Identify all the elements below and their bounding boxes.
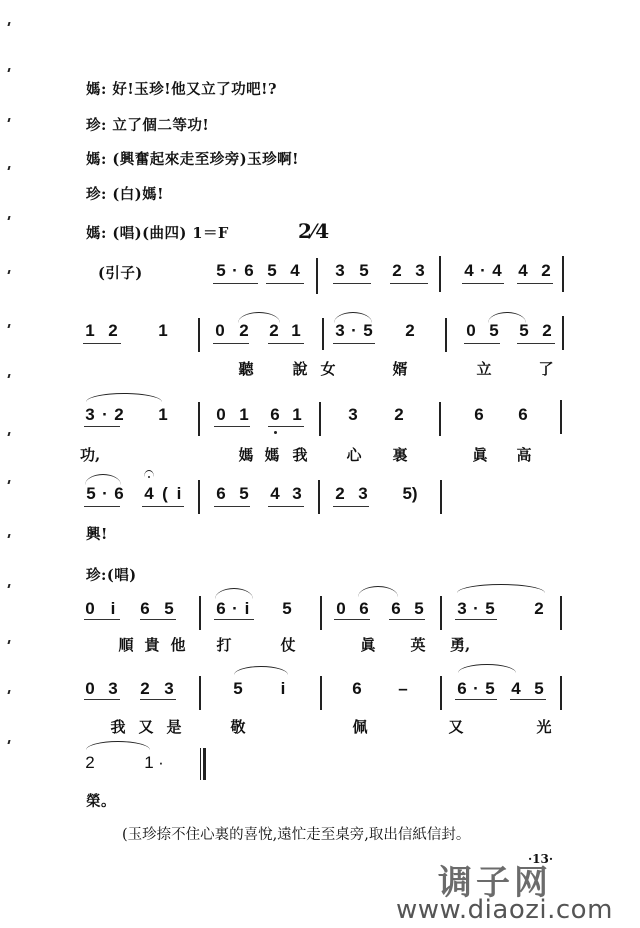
underline	[214, 619, 254, 620]
note: 6	[350, 680, 364, 698]
dialogue-line: 媽: 好!玉珍!他又立了功吧!?	[86, 78, 277, 99]
speaker: 珍	[86, 117, 101, 134]
note: 2	[106, 322, 120, 340]
barline	[199, 676, 201, 710]
note: 3	[333, 322, 347, 340]
lyric: 敬	[228, 716, 248, 737]
note: 5	[214, 262, 228, 280]
note: 0	[83, 680, 97, 698]
dialogue-text: (白)媽!	[112, 186, 164, 203]
underline	[517, 343, 555, 344]
lyric: 他	[168, 634, 188, 655]
barline	[319, 402, 321, 436]
underline	[84, 506, 120, 507]
speaker: 珍	[86, 186, 101, 203]
note: 1	[156, 406, 170, 424]
barline	[198, 402, 200, 436]
underline	[510, 699, 546, 700]
note: 0	[464, 322, 478, 340]
note: 1	[83, 322, 97, 340]
dialogue-line: 珍: (白)媽!	[86, 183, 164, 204]
barline	[562, 256, 564, 292]
barline	[560, 676, 562, 710]
underline	[462, 283, 504, 284]
stage-direction: (玉珍捺不住心裏的喜悅,遠忙走至桌旁,取出信紙信封。	[122, 823, 470, 844]
lyric: 順	[116, 634, 136, 655]
underline	[268, 506, 304, 507]
binding-mark	[7, 740, 10, 744]
underline	[84, 426, 120, 427]
binding-mark	[7, 480, 10, 484]
lyric: 我	[290, 444, 310, 465]
note: 6	[138, 600, 152, 618]
note: –	[396, 680, 410, 698]
barline	[560, 400, 562, 434]
note: 6	[389, 600, 403, 618]
note: 3	[333, 262, 347, 280]
binding-mark	[7, 118, 10, 122]
note: 0	[83, 600, 97, 618]
note: 5	[361, 322, 375, 340]
lyric: 裏	[390, 444, 410, 465]
lyric: 我	[108, 716, 128, 737]
underline	[140, 619, 176, 620]
note: 5	[483, 680, 497, 698]
zhen-sing-label: 珍:(唱)	[86, 564, 137, 585]
binding-mark	[7, 690, 10, 694]
speaker: 媽	[86, 81, 101, 98]
note: 6	[357, 600, 371, 618]
watermark-url: www.diaozi.com	[396, 895, 613, 925]
barline	[440, 480, 442, 514]
underline	[268, 426, 304, 427]
note: 4	[142, 485, 156, 503]
underline	[268, 343, 304, 344]
underline	[464, 343, 500, 344]
note: 3	[83, 406, 97, 424]
slur	[86, 741, 150, 750]
note: ·	[476, 262, 490, 280]
speaker: 媽	[86, 225, 101, 242]
note: 1	[289, 322, 303, 340]
note: 6	[516, 406, 530, 424]
binding-mark	[7, 166, 10, 170]
note: 5	[231, 680, 245, 698]
binding-mark	[7, 640, 10, 644]
note: (	[158, 485, 172, 503]
barline	[562, 316, 564, 350]
slur	[488, 312, 526, 323]
note: 5	[162, 600, 176, 618]
note: 1	[156, 322, 170, 340]
note: 2	[83, 754, 97, 772]
slur	[238, 312, 280, 323]
note: ·	[154, 754, 168, 772]
lyric: 貴	[142, 634, 162, 655]
barline	[439, 256, 441, 292]
binding-mark	[7, 534, 10, 538]
note: 5)	[398, 485, 422, 503]
binding-mark	[7, 374, 10, 378]
note: 6	[112, 485, 126, 503]
barline	[320, 596, 322, 630]
barline	[199, 596, 201, 630]
dialogue-text: (唱)(曲四) 1＝F	[112, 225, 228, 242]
note: 1	[290, 406, 304, 424]
binding-mark	[7, 432, 10, 436]
lyric: 光	[534, 716, 554, 737]
underline	[214, 426, 250, 427]
note: 3	[455, 600, 469, 618]
lyric: 仗	[278, 634, 298, 655]
lyric: 高	[514, 444, 534, 465]
barline	[198, 318, 200, 352]
note: 6	[242, 262, 256, 280]
dialogue-line: 媽: (興奮起來走至珍旁)玉珍啊!	[86, 148, 299, 169]
lyric: 媽	[262, 444, 282, 465]
lyric: 女	[318, 358, 338, 379]
lyric: 媽	[236, 444, 256, 465]
note: 0	[214, 406, 228, 424]
underline	[333, 506, 369, 507]
note: 2	[267, 322, 281, 340]
note: 2	[392, 406, 406, 424]
note: 6	[472, 406, 486, 424]
note: ·	[228, 262, 242, 280]
lyric: 功,	[80, 444, 110, 465]
slur	[458, 664, 516, 673]
note: 5	[532, 680, 546, 698]
note: 2	[532, 600, 546, 618]
binding-mark	[7, 68, 10, 72]
lyric: 佩	[350, 716, 370, 737]
note: 2	[333, 485, 347, 503]
note: 5	[280, 600, 294, 618]
barline	[440, 596, 442, 630]
lyric: 聽	[236, 358, 256, 379]
lyric: 眞	[470, 444, 490, 465]
lyric: 英	[408, 634, 428, 655]
note: 5	[237, 485, 251, 503]
underline	[390, 283, 428, 284]
note: 5	[412, 600, 426, 618]
barline	[318, 480, 320, 514]
underline	[84, 699, 120, 700]
binding-mark	[7, 22, 10, 26]
note: 4	[509, 680, 523, 698]
dialogue-text: 立了個二等功!	[112, 117, 209, 134]
note: 5	[483, 600, 497, 618]
slur	[234, 666, 288, 675]
lyric: 了	[536, 358, 556, 379]
note: 2	[237, 322, 251, 340]
slur	[358, 586, 398, 597]
note: ·	[98, 485, 112, 503]
binding-mark	[7, 216, 10, 220]
dialogue-line: 珍: 立了個二等功!	[86, 114, 209, 135]
lyric: 又	[446, 716, 466, 737]
underline	[140, 699, 176, 700]
barline	[440, 676, 442, 710]
underline	[142, 506, 184, 507]
note: ·	[469, 600, 483, 618]
slur	[334, 312, 372, 323]
note: 3	[290, 485, 304, 503]
lyric: 打	[214, 634, 234, 655]
note: 4	[490, 262, 504, 280]
underline	[455, 619, 497, 620]
note: ·	[98, 406, 112, 424]
underline	[84, 619, 120, 620]
slur	[86, 393, 162, 402]
dialogue-line: 媽: (唱)(曲四) 1＝F	[86, 222, 229, 243]
binding-mark	[7, 324, 10, 328]
lyric: 心	[344, 444, 364, 465]
binding-mark	[7, 584, 10, 588]
fermata-dot	[148, 476, 150, 478]
note: 6	[455, 680, 469, 698]
underline	[266, 283, 304, 284]
underline	[333, 283, 371, 284]
note: 0	[334, 600, 348, 618]
lyric: 婿	[390, 358, 410, 379]
barline	[322, 318, 324, 350]
note: 4	[268, 485, 282, 503]
barline	[445, 318, 447, 352]
dialogue-text: 好!玉珍!他又立了功吧!?	[112, 81, 277, 98]
note: ·	[469, 680, 483, 698]
note: 3	[346, 406, 360, 424]
barline	[316, 258, 318, 294]
note: 2	[112, 406, 126, 424]
intro-label: (引子)	[98, 262, 143, 283]
note: 2	[540, 322, 554, 340]
lyric: 榮。	[86, 790, 116, 811]
underline	[389, 619, 425, 620]
lyric: 興!	[86, 523, 108, 544]
note: 5	[357, 262, 371, 280]
slur	[85, 474, 121, 485]
low-octave-dot	[274, 431, 277, 434]
barline	[198, 480, 200, 514]
note: 2	[539, 262, 553, 280]
note: 2	[390, 262, 404, 280]
underline	[455, 699, 497, 700]
note: 3	[106, 680, 120, 698]
note: 1	[237, 406, 251, 424]
note: 4	[462, 262, 476, 280]
underline	[83, 343, 121, 344]
barline	[439, 402, 441, 436]
slur	[457, 584, 545, 593]
underline	[213, 283, 258, 284]
time-signature: 2⁄4	[298, 219, 329, 243]
binding-mark	[7, 270, 10, 274]
slur	[215, 588, 253, 599]
dialogue-text: (興奮起來走至珍旁)玉珍啊!	[112, 151, 299, 168]
note: i	[172, 485, 186, 503]
note: 5	[487, 322, 501, 340]
note: 4	[288, 262, 302, 280]
note: 6	[214, 485, 228, 503]
barline	[560, 596, 562, 630]
final-barline-thick	[203, 748, 206, 780]
lyric: 又	[136, 716, 156, 737]
lyric: 眞	[358, 634, 378, 655]
note: i	[276, 680, 290, 698]
note: i	[240, 600, 254, 618]
note: 3	[162, 680, 176, 698]
note: ·	[347, 322, 361, 340]
note: 2	[403, 322, 417, 340]
lyric: 勇,	[450, 634, 470, 655]
note: 4	[516, 262, 530, 280]
underline	[517, 283, 553, 284]
note: 0	[213, 322, 227, 340]
note: 2	[138, 680, 152, 698]
lyric: 說	[290, 358, 310, 379]
underline	[214, 506, 250, 507]
lyric: 立	[474, 358, 494, 379]
note: 3	[413, 262, 427, 280]
lyric: 是	[164, 716, 184, 737]
underline	[334, 619, 370, 620]
note: 5	[265, 262, 279, 280]
barline	[320, 676, 322, 710]
final-barline-thin	[200, 748, 201, 780]
note: 5	[84, 485, 98, 503]
speaker: 媽	[86, 151, 101, 168]
underline	[213, 343, 249, 344]
note: 5	[517, 322, 531, 340]
underline	[333, 343, 375, 344]
note: 6	[268, 406, 282, 424]
note: 3	[356, 485, 370, 503]
note: i	[106, 600, 120, 618]
note: 6	[214, 600, 228, 618]
